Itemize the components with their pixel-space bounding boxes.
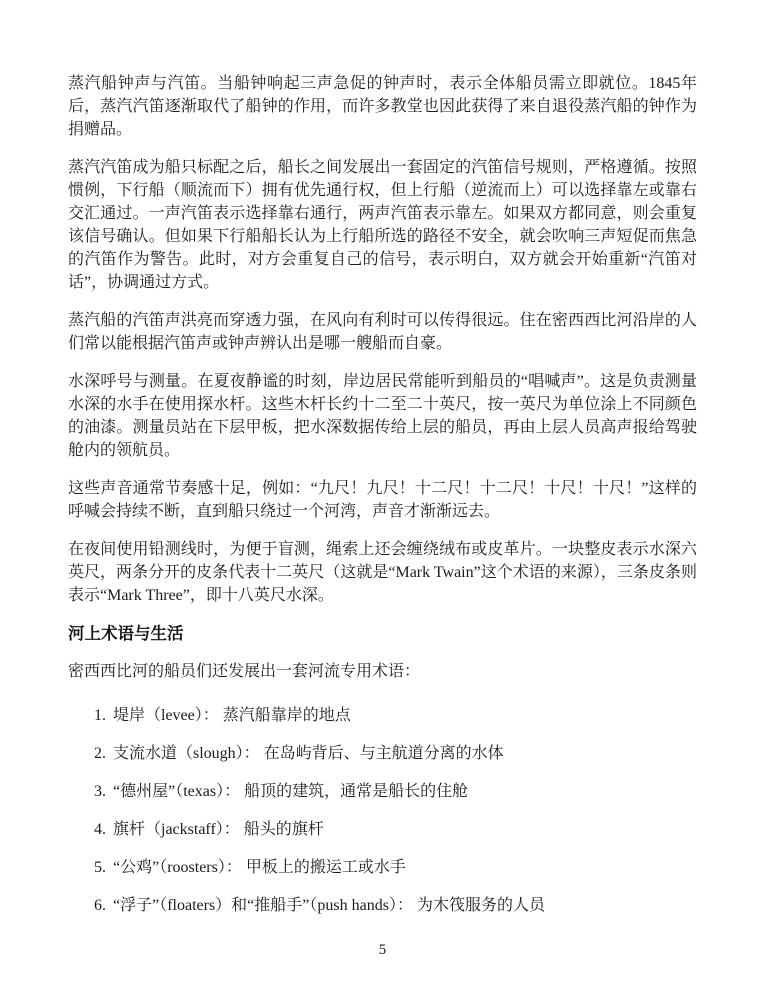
term-number: 6. — [84, 894, 106, 917]
term-number: 2. — [84, 742, 106, 765]
term-number: 5. — [84, 856, 106, 879]
term-text: 支流水道（slough）： 在岛屿背后、与主航道分离的水体 — [113, 742, 504, 765]
document-content: 蒸汽船钟声与汽笛。当船钟响起三声急促的钟声时，表示全体船员需立即就位。1845年… — [68, 72, 697, 932]
list-intro: 密西西比河的船员们还发展出一套河流专用术语： — [68, 660, 697, 683]
term-number: 3. — [84, 780, 106, 803]
term-text: 堤岸（levee）： 蒸汽船靠岸的地点 — [113, 704, 351, 727]
term-number: 1. — [84, 704, 106, 727]
term-text: “德州屋”（texas）： 船顶的建筑，通常是船长的住舱 — [113, 780, 468, 803]
terms-list: 1. 堤岸（levee）： 蒸汽船靠岸的地点 2. 支流水道（slough）： … — [68, 704, 697, 917]
term-text: 旗杆（jackstaff）： 船头的旗杆 — [113, 818, 324, 841]
term-number: 4. — [84, 818, 106, 841]
term-text: “公鸡”（roosters）： 甲板上的搬运工或水手 — [113, 856, 406, 879]
document-page: 蒸汽船钟声与汽笛。当船钟响起三声急促的钟声时，表示全体船员需立即就位。1845年… — [0, 0, 765, 1000]
paragraph-depth-sounding: 水深呼号与测量。在夏夜静谧的时刻，岸边居民常能听到船员的“唱喊声”。这是负责测量… — [68, 370, 697, 462]
term-item-jackstaff: 4. 旗杆（jackstaff）： 船头的旗杆 — [68, 818, 697, 841]
paragraph-lead-line: 在夜间使用铅测线时，为便于盲测，绳索上还会缠绕绒布或皮革片。一块整皮表示水深六英… — [68, 538, 697, 607]
paragraph-whistle-sound: 蒸汽船的汽笛声洪亮而穿透力强，在风向有利时可以传得很远。住在密西西比河沿岸的人们… — [68, 309, 697, 355]
term-text: “浮子”（floaters）和“推船手”（push hands）： 为木筏服务的… — [113, 894, 545, 917]
page-number: 5 — [0, 942, 765, 959]
section-heading: 河上术语与生活 — [68, 622, 697, 645]
paragraph-bells-whistles: 蒸汽船钟声与汽笛。当船钟响起三声急促的钟声时，表示全体船员需立即就位。1845年… — [68, 72, 697, 141]
paragraph-sounding-calls: 这些声音通常节奏感十足，例如：“九尺！九尺！十二尺！十二尺！十尺！十尺！”这样的… — [68, 477, 697, 523]
term-item-levee: 1. 堤岸（levee）： 蒸汽船靠岸的地点 — [68, 704, 697, 727]
term-item-slough: 2. 支流水道（slough）： 在岛屿背后、与主航道分离的水体 — [68, 742, 697, 765]
term-item-texas: 3. “德州屋”（texas）： 船顶的建筑，通常是船长的住舱 — [68, 780, 697, 803]
paragraph-whistle-signals: 蒸汽汽笛成为船只标配之后，船长之间发展出一套固定的汽笛信号规则，严格遵循。按照惯… — [68, 156, 697, 294]
term-item-floaters: 6. “浮子”（floaters）和“推船手”（push hands）： 为木筏… — [68, 894, 697, 917]
term-item-roosters: 5. “公鸡”（roosters）： 甲板上的搬运工或水手 — [68, 856, 697, 879]
